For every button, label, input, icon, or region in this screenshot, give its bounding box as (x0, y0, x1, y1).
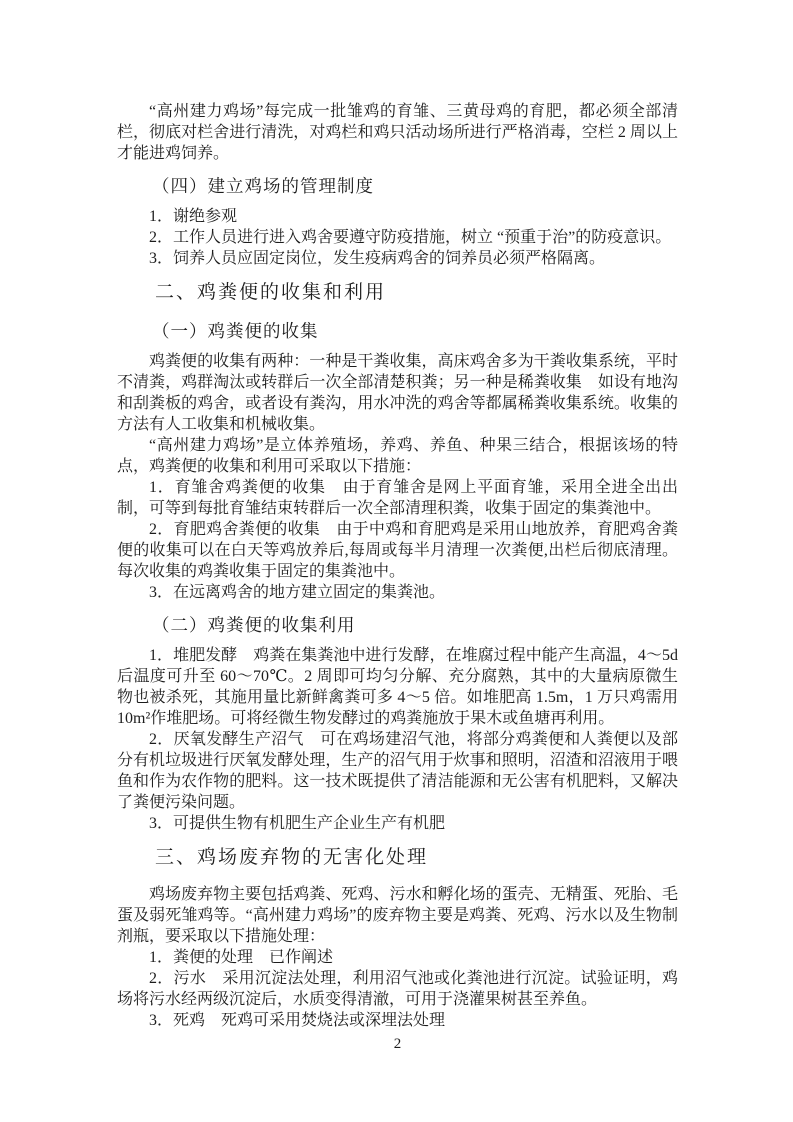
list-item: 1．堆肥发酵 鸡粪在集粪池中进行发酵，在堆腐过程中能产生高温，4～5d后温度可升… (117, 645, 678, 729)
chapter-heading-2: 二、鸡粪便的收集和利用 (117, 279, 678, 307)
list-item: 1．育雏舍鸡粪便的收集 由于育雏舍是网上平面育雏，采用全进全出出制，可等到每批育… (117, 477, 678, 519)
list-item: 2．工作人员进行进入鸡舍要遵守防疫措施，树立 “预重于治”的防疫意识。 (117, 227, 678, 248)
chapter-heading-3: 三、鸡场废弃物的无害化处理 (117, 844, 678, 872)
list-item: 3．死鸡 死鸡可采用焚烧法或深埋法处理 (117, 1010, 678, 1031)
list-item: 1．谢绝参观 (117, 206, 678, 227)
intro-paragraph: “高州建力鸡场”每完成一批雏鸡的育雏、三黄母鸡的育肥，都必须全部清栏，彻底对栏舍… (117, 101, 678, 164)
paragraph: 鸡粪便的收集有两种：一种是干粪收集，高床鸡舍多为干粪收集系统，平时不清粪，鸡群淘… (117, 351, 678, 435)
paragraph: 鸡场废弃物主要包括鸡粪、死鸡、污水和孵化场的蛋壳、无精蛋、死胎、毛蛋及弱死雏鸡等… (117, 884, 678, 947)
list-item: 2．厌氧发酵生产沼气 可在鸡场建沼气池，将部分鸡粪便和人粪便以及部分有机垃圾进行… (117, 729, 678, 813)
section-heading-2-2: （二）鸡粪便的收集利用 (117, 613, 678, 637)
list-item: 3．在远离鸡舍的地方建立固定的集粪池。 (117, 582, 678, 603)
list-item: 2．污水 采用沉淀法处理，利用沼气池或化粪池进行沉淀。试验证明，鸡场将污水经两级… (117, 968, 678, 1010)
section-heading-4: （四）建立鸡场的管理制度 (117, 174, 678, 198)
list-item: 1．粪便的处理 已作阐述 (117, 947, 678, 968)
page-number: 2 (117, 1034, 678, 1054)
paragraph: “高州建力鸡场”是立体养殖场，养鸡、养鱼、种果三结合，根据该场的特点，鸡粪便的收… (117, 435, 678, 477)
list-item: 2．育肥鸡舍粪便的收集 由于中鸡和育肥鸡是采用山地放养，育肥鸡舍粪便的收集可以在… (117, 519, 678, 582)
list-item: 3．饲养人员应固定岗位，发生疫病鸡舍的饲养员必须严格隔离。 (117, 248, 678, 269)
list-item: 3．可提供生物有机肥生产企业生产有机肥 (117, 813, 678, 834)
document-page: “高州建力鸡场”每完成一批雏鸡的育雏、三黄母鸡的育肥，都必须全部清栏，彻底对栏舍… (0, 0, 793, 1122)
section-heading-2-1: （一）鸡粪便的收集 (117, 319, 678, 343)
